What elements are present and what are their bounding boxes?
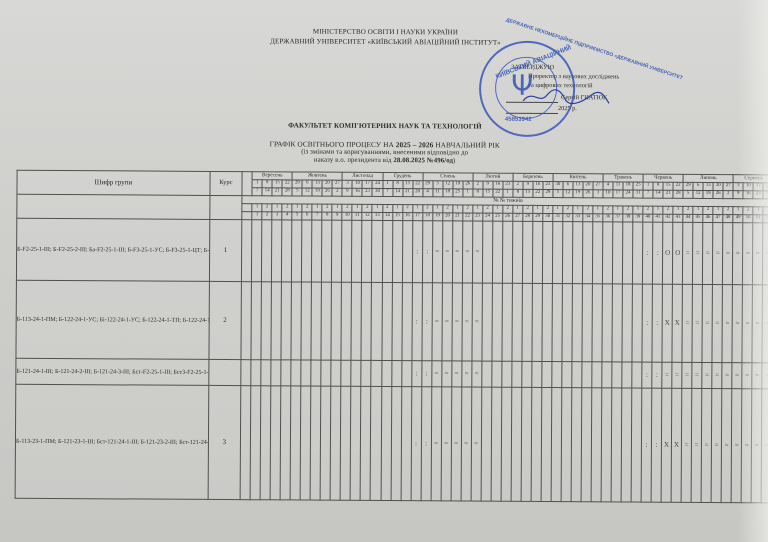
week-parity: 1 bbox=[493, 205, 503, 213]
schedule-mark bbox=[392, 221, 402, 283]
week-number: 30 bbox=[543, 213, 553, 221]
schedule-mark bbox=[271, 282, 281, 360]
week-parity: 1 bbox=[633, 206, 643, 214]
week-start-day: 8 bbox=[393, 181, 403, 189]
schedule-mark bbox=[522, 283, 532, 361]
week-start-day: 1 bbox=[383, 180, 393, 188]
table-row: Б-F2-25-1-ІІІ; Б-F2-25-2-ІІІ; Ба-F2-25-1… bbox=[16, 218, 768, 285]
schedule-mark: = bbox=[431, 387, 442, 501]
week-start-day: 29 bbox=[292, 180, 302, 188]
week-end-day: 26 bbox=[713, 191, 723, 199]
week-parity: 1 bbox=[292, 204, 302, 212]
schedule-mark bbox=[602, 284, 612, 362]
week-number: 37 bbox=[613, 214, 623, 222]
week-end-day: 22 bbox=[533, 189, 543, 197]
week-end-day: 8 bbox=[513, 189, 523, 197]
week-number: 42 bbox=[663, 214, 673, 222]
schedule-mark bbox=[391, 283, 401, 361]
week-end-day: 16 bbox=[352, 188, 362, 196]
week-end-day: 7 bbox=[252, 188, 262, 196]
week-start-day: 15 bbox=[272, 180, 282, 188]
schedule-mark bbox=[532, 221, 542, 283]
week-number: 5 bbox=[292, 212, 302, 220]
schedule-mark bbox=[531, 387, 542, 501]
schedule-mark bbox=[391, 387, 402, 501]
schedule-mark bbox=[592, 222, 602, 284]
schedule-mark: : bbox=[422, 283, 432, 361]
schedule-mark bbox=[250, 386, 261, 500]
signature-icon bbox=[521, 87, 611, 108]
schedule-mark bbox=[282, 220, 292, 282]
week-start-day: 23 bbox=[503, 181, 513, 189]
schedule-mark: X bbox=[672, 284, 683, 362]
week-start-day: 6 bbox=[693, 182, 703, 190]
week-end-day: 11 bbox=[433, 189, 443, 197]
schedule-mark bbox=[361, 360, 371, 386]
schedule-mark bbox=[401, 387, 412, 501]
schedule-mark bbox=[571, 388, 582, 502]
schedule-mark bbox=[311, 282, 321, 360]
schedule-mark: = bbox=[451, 361, 461, 387]
week-end-day: 21 bbox=[402, 189, 412, 197]
week-parity: 1 bbox=[412, 205, 422, 213]
schedule-mark: = bbox=[472, 361, 482, 387]
schedule-mark bbox=[572, 284, 582, 362]
week-parity: 2 bbox=[442, 205, 452, 213]
week-start-day: 5 bbox=[433, 181, 443, 189]
schedule-mark: = bbox=[722, 285, 733, 363]
week-parity: 2 bbox=[663, 206, 673, 214]
week-parity: 1 bbox=[473, 205, 483, 213]
week-start-day: 16 bbox=[493, 181, 503, 189]
schedule-mark: = bbox=[701, 388, 712, 502]
title-years: 2025 – 2026 bbox=[396, 140, 434, 149]
schedule-mark bbox=[532, 361, 542, 387]
page-edge-shadow bbox=[738, 0, 768, 542]
schedule-mark: = bbox=[662, 362, 672, 388]
week-start-day: 9 bbox=[483, 181, 493, 189]
week-end-day: 15 bbox=[523, 189, 533, 197]
schedule-mark bbox=[501, 387, 512, 501]
week-number: 27 bbox=[513, 213, 523, 221]
week-end-day: 21 bbox=[663, 190, 673, 198]
week-end-day: 12 bbox=[693, 190, 703, 198]
schedule-mark: : bbox=[652, 284, 662, 362]
week-start-day: 22 bbox=[673, 182, 683, 190]
schedule-mark bbox=[362, 220, 372, 282]
schedule-mark bbox=[572, 362, 582, 388]
week-end-day: 10 bbox=[603, 190, 613, 198]
week-end-day: 8 bbox=[473, 189, 483, 197]
schedule-mark bbox=[542, 221, 552, 283]
schedule-mark bbox=[562, 284, 572, 362]
schedule-mark bbox=[342, 220, 352, 282]
schedule-mark: = bbox=[681, 388, 692, 502]
schedule-mark: = bbox=[431, 361, 441, 387]
week-parity: 2 bbox=[543, 205, 553, 213]
week-start-day: 1 bbox=[252, 180, 262, 188]
table-row: Б-113-24-1-ПМ; Б-122-24-1-УС; Бі-122-24-… bbox=[16, 280, 768, 363]
schedule-mark: = bbox=[721, 389, 732, 503]
week-parity: 2 bbox=[282, 204, 292, 212]
month-header: Березень bbox=[513, 173, 553, 181]
schedule-mark bbox=[322, 220, 332, 282]
schedule-mark bbox=[251, 360, 261, 386]
schedule-mark bbox=[592, 362, 602, 388]
spacer-cell bbox=[242, 212, 252, 220]
schedule-mark bbox=[482, 283, 492, 361]
schedule-mark bbox=[351, 360, 361, 386]
group-codes-cell: Б-F2-25-1-ІІІ; Б-F2-25-2-ІІІ; Ба-F2-25-1… bbox=[16, 218, 209, 281]
week-start-day: 20 bbox=[583, 182, 593, 190]
week-end-day: 31 bbox=[633, 190, 643, 198]
subtitle-suffix: ) bbox=[453, 157, 455, 164]
course-cell: 1 bbox=[209, 219, 242, 281]
week-number: 7 bbox=[312, 212, 322, 220]
schedule-mark bbox=[542, 283, 552, 361]
week-parity: 1 bbox=[653, 206, 663, 214]
week-end-day: 2 bbox=[723, 191, 733, 199]
week-start-day: 8 bbox=[653, 182, 663, 190]
week-end-day: 28 bbox=[673, 190, 683, 198]
week-parity: 2 bbox=[583, 206, 593, 214]
schedule-mark bbox=[371, 282, 382, 360]
course-header-spacer bbox=[209, 195, 242, 219]
schedule-mark: = bbox=[723, 223, 733, 285]
week-number: 21 bbox=[452, 213, 462, 221]
week-end-day: 7 bbox=[643, 190, 653, 198]
week-parity: 1 bbox=[613, 206, 623, 214]
schedule-mark bbox=[340, 386, 351, 500]
week-parity: 1 bbox=[392, 205, 402, 213]
schedule-mark: X bbox=[662, 284, 672, 362]
week-parity: 1 bbox=[352, 204, 362, 212]
month-header: Лютий bbox=[473, 173, 513, 181]
week-parity: 2 bbox=[503, 205, 513, 213]
week-number: 34 bbox=[583, 214, 593, 222]
schedule-mark bbox=[382, 220, 392, 282]
schedule-mark bbox=[321, 360, 331, 386]
week-start-day: 13 bbox=[312, 180, 322, 188]
week-end-day: 4 bbox=[423, 189, 433, 197]
schedule-mark bbox=[582, 284, 592, 362]
week-end-day: 21 bbox=[272, 188, 282, 196]
schedule-mark: = bbox=[682, 362, 692, 388]
schedule-mark: X bbox=[661, 388, 672, 502]
week-number: 26 bbox=[503, 213, 513, 221]
schedule-mark bbox=[381, 282, 391, 360]
week-number: 8 bbox=[322, 212, 332, 220]
week-number: 19 bbox=[432, 213, 442, 221]
schedule-mark bbox=[281, 360, 291, 386]
week-parity: 1 bbox=[453, 205, 463, 213]
week-number: 3 bbox=[272, 212, 282, 220]
week-parity: 1 bbox=[513, 205, 523, 213]
week-parity: 2 bbox=[362, 204, 372, 212]
week-number: 23 bbox=[473, 213, 483, 221]
week-parity: 2 bbox=[603, 206, 613, 214]
spacer-cell bbox=[240, 386, 251, 500]
schedule-mark bbox=[622, 362, 632, 388]
schedule-mark: = bbox=[692, 284, 702, 362]
week-end-day: 26 bbox=[583, 190, 593, 198]
schedule-mark bbox=[512, 221, 522, 283]
schedule-mark bbox=[521, 387, 532, 501]
week-number: 40 bbox=[643, 214, 653, 222]
schedule-mark bbox=[552, 284, 562, 362]
schedule-mark bbox=[281, 282, 292, 360]
schedule-mark bbox=[302, 220, 312, 282]
schedule-mark bbox=[352, 220, 362, 282]
week-parity: 2 bbox=[683, 206, 693, 214]
week-parity: 2 bbox=[422, 205, 432, 213]
schedule-mark bbox=[351, 282, 361, 360]
week-start-day: 20 bbox=[713, 183, 723, 191]
week-start-day: 27 bbox=[723, 183, 733, 191]
schedule-mark bbox=[312, 220, 322, 282]
week-number: 33 bbox=[573, 214, 583, 222]
week-number: 22 bbox=[462, 213, 472, 221]
schedule-mark bbox=[622, 284, 632, 362]
month-header: Вересень bbox=[252, 172, 292, 180]
week-end-day: 14 bbox=[653, 190, 663, 198]
schedule-mark bbox=[582, 362, 592, 388]
week-end-day: 9 bbox=[342, 188, 352, 196]
week-start-day: 12 bbox=[443, 181, 453, 189]
week-end-day: 5 bbox=[553, 190, 563, 198]
schedule-mark: : bbox=[422, 221, 432, 283]
spacer-cell bbox=[242, 204, 252, 212]
schedule-mark bbox=[262, 220, 272, 282]
schedule-mark bbox=[592, 284, 603, 362]
week-end-day: 29 bbox=[543, 189, 553, 197]
week-end-day: 3 bbox=[593, 190, 603, 198]
week-parity: 2 bbox=[382, 204, 392, 212]
title-suffix: НАВЧАЛЬНИЙ РІК bbox=[433, 140, 500, 149]
week-number: 48 bbox=[723, 215, 733, 223]
week-number: 17 bbox=[412, 213, 422, 221]
schedule-mark bbox=[401, 283, 411, 361]
week-start-day: 11 bbox=[613, 182, 623, 190]
week-start-day: 15 bbox=[663, 182, 673, 190]
schedule-mark: = bbox=[471, 387, 482, 501]
schedule-mark: = bbox=[472, 221, 482, 283]
schedule-mark: : bbox=[411, 283, 422, 361]
schedule-mark bbox=[361, 386, 372, 500]
spacer-cell bbox=[241, 282, 252, 360]
schedule-mark bbox=[611, 388, 622, 502]
schedule-mark: = bbox=[693, 222, 703, 284]
week-parity: 1 bbox=[332, 204, 342, 212]
week-number: 16 bbox=[402, 213, 412, 221]
week-start-day: 29 bbox=[683, 182, 693, 190]
week-parity: 1 bbox=[312, 204, 322, 212]
spacer-cell bbox=[242, 172, 252, 196]
schedule-mark bbox=[562, 362, 572, 388]
week-number: 38 bbox=[623, 214, 633, 222]
week-number: 11 bbox=[352, 212, 362, 220]
schedule-mark bbox=[331, 360, 341, 386]
month-header: Листопад bbox=[342, 172, 382, 180]
schedule-mark bbox=[621, 388, 632, 502]
week-start-day: 2 bbox=[473, 181, 483, 189]
faculty-heading: ФАКУЛЬТЕТ КОМП'ЮТЕРНИХ НАУК ТА ТЕХНОЛОГІ… bbox=[1, 120, 768, 133]
schedule-mark bbox=[331, 282, 342, 360]
week-start-day: 3 bbox=[342, 180, 352, 188]
week-number: 4 bbox=[282, 212, 292, 220]
week-start-day: 8 bbox=[262, 180, 272, 188]
week-number: 24 bbox=[483, 213, 493, 221]
schedule-mark: = bbox=[461, 361, 471, 387]
week-parity: 2 bbox=[262, 204, 272, 212]
schedule-mark bbox=[612, 362, 622, 388]
schedule-mark bbox=[551, 388, 562, 502]
week-start-day: 4 bbox=[603, 182, 613, 190]
schedule-mark: = bbox=[711, 389, 722, 503]
week-number: 2 bbox=[262, 212, 272, 220]
schedule-mark bbox=[612, 284, 622, 362]
course-cell bbox=[208, 359, 241, 385]
schedule-mark bbox=[582, 222, 592, 284]
schedule-mark bbox=[632, 362, 642, 388]
schedule-mark bbox=[552, 362, 562, 388]
schedule-mark bbox=[532, 283, 542, 361]
schedule-mark: = bbox=[683, 222, 693, 284]
schedule-mark bbox=[311, 360, 321, 386]
week-start-day: 9 bbox=[523, 181, 533, 189]
spacer-cell bbox=[241, 360, 251, 386]
week-start-day: 13 bbox=[573, 182, 583, 190]
week-start-day: 18 bbox=[623, 182, 633, 190]
week-number: 18 bbox=[422, 213, 432, 221]
schedule-mark: = bbox=[461, 387, 472, 501]
schedule-mark bbox=[300, 386, 311, 500]
week-number: 10 bbox=[342, 212, 352, 220]
schedule-mark bbox=[321, 282, 331, 360]
schedule-mark bbox=[591, 388, 602, 502]
week-end-day: 22 bbox=[493, 189, 503, 197]
week-number: 46 bbox=[703, 214, 713, 222]
schedule-mark bbox=[270, 386, 281, 500]
schedule-mark: = bbox=[682, 284, 692, 362]
schedule-mark bbox=[251, 282, 261, 360]
week-start-day: 20 bbox=[322, 180, 332, 188]
schedule-mark: = bbox=[462, 221, 472, 283]
week-end-day: 12 bbox=[302, 188, 312, 196]
month-header: Червень bbox=[643, 174, 683, 182]
group-code-header: Шифр групи bbox=[17, 170, 210, 195]
course-cell: 3 bbox=[208, 385, 241, 499]
schedule-mark: : bbox=[421, 361, 431, 387]
course-cell: 2 bbox=[209, 281, 242, 359]
schedule-mark bbox=[271, 360, 281, 386]
schedule-mark bbox=[512, 283, 522, 361]
week-start-day: 1 bbox=[643, 182, 653, 190]
schedule-mark: : bbox=[411, 361, 421, 387]
schedule-mark: = bbox=[441, 361, 451, 387]
week-start-day: 23 bbox=[543, 181, 553, 189]
schedule-mark bbox=[341, 282, 351, 360]
week-parity: 2 bbox=[322, 204, 332, 212]
schedule-mark: : bbox=[642, 284, 652, 362]
week-number: 14 bbox=[382, 212, 392, 220]
week-parity: 1 bbox=[372, 204, 382, 212]
week-start-day: 2 bbox=[513, 181, 523, 189]
schedule-mark bbox=[391, 361, 401, 387]
week-parity: 1 bbox=[533, 205, 543, 213]
week-end-day: 7 bbox=[382, 188, 392, 196]
schedule-mark bbox=[632, 222, 642, 284]
schedule-mark bbox=[301, 360, 311, 386]
schedule-mark bbox=[371, 360, 381, 386]
schedule-mark bbox=[502, 361, 512, 387]
week-parity: 1 bbox=[432, 205, 442, 213]
week-parity: 2 bbox=[703, 206, 713, 214]
week-number: 15 bbox=[392, 213, 402, 221]
schedule-mark bbox=[631, 388, 642, 502]
schedule-mark bbox=[280, 386, 291, 500]
week-number: 20 bbox=[442, 213, 452, 221]
week-end-day: 1 bbox=[463, 189, 473, 197]
week-number: 43 bbox=[673, 214, 683, 222]
week-start-day: 27 bbox=[332, 180, 342, 188]
schedule-mark bbox=[372, 220, 382, 282]
week-number: 39 bbox=[633, 214, 643, 222]
month-header: Травень bbox=[603, 174, 643, 182]
schedule-mark bbox=[482, 361, 492, 387]
schedule-mark bbox=[381, 360, 391, 386]
schedule-mark: = bbox=[451, 387, 462, 501]
schedule-mark: : bbox=[651, 388, 662, 502]
week-start-day: 26 bbox=[463, 181, 473, 189]
schedule-mark bbox=[491, 387, 502, 501]
schedule-mark bbox=[402, 221, 412, 283]
week-end-day: 30 bbox=[372, 188, 382, 196]
week-parity: 1 bbox=[573, 206, 583, 214]
schedule-mark: = bbox=[462, 283, 473, 361]
week-parity: 2 bbox=[523, 205, 533, 213]
week-end-day: 18 bbox=[443, 189, 453, 197]
week-number: 35 bbox=[593, 214, 603, 222]
schedule-mark: X bbox=[671, 388, 682, 502]
schedule-mark bbox=[381, 386, 392, 500]
schedule-mark: = bbox=[722, 363, 732, 389]
schedule-mark bbox=[332, 220, 342, 282]
week-number: 29 bbox=[533, 213, 543, 221]
week-start-day: 30 bbox=[553, 182, 563, 190]
schedule-mark: = bbox=[441, 387, 452, 501]
week-end-day: 19 bbox=[703, 190, 713, 198]
schedule-mark bbox=[512, 361, 522, 387]
schedule-mark: О bbox=[663, 222, 673, 284]
week-parity: 2 bbox=[342, 204, 352, 212]
schedule-mark bbox=[482, 221, 492, 283]
group-codes-cell: Б-113-24-1-ПМ; Б-122-24-1-УС; Бі-122-24-… bbox=[16, 280, 209, 359]
week-parity: 1 bbox=[272, 204, 282, 212]
schedule-mark bbox=[561, 388, 572, 502]
spacer-cell bbox=[241, 220, 252, 282]
schedule-mark bbox=[301, 282, 311, 360]
week-number: 41 bbox=[653, 214, 663, 222]
schedule-mark bbox=[261, 282, 271, 360]
schedule-mark bbox=[371, 386, 382, 500]
month-header: Грудень bbox=[383, 172, 423, 180]
schedule-mark bbox=[290, 386, 301, 500]
week-end-day: 12 bbox=[563, 190, 573, 198]
week-start-day: 19 bbox=[453, 181, 463, 189]
schedule-mark bbox=[261, 360, 271, 386]
schedule-mark bbox=[291, 360, 301, 386]
